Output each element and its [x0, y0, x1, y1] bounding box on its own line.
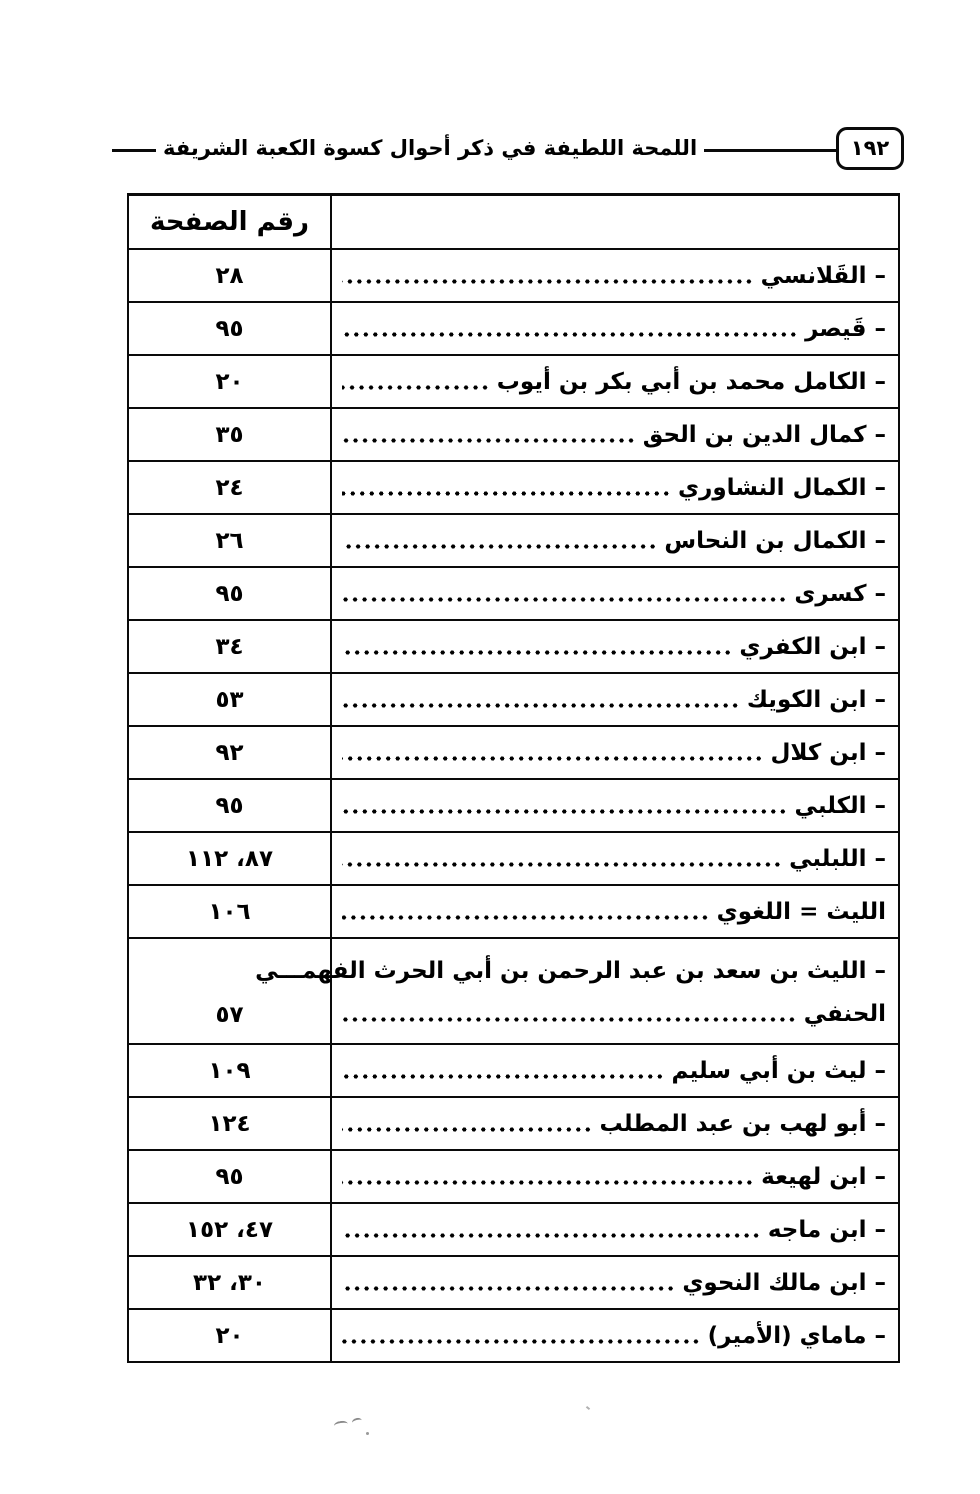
entry-cell: – ابن الكويك [332, 674, 898, 725]
page-number-badge: ١٩٢ [836, 127, 904, 170]
entry-name: – ابن مالك النحوي [682, 1270, 886, 1296]
entry-name: – اللبلبي [789, 846, 886, 872]
entry-name: – ابن لهيعة [761, 1164, 886, 1190]
index-row: ٩٢ – ابن كلال [129, 725, 898, 778]
dot-leader [342, 648, 732, 657]
entry-cell: – الكمال النشاوري [332, 462, 898, 513]
name-index-table: رقم الصفحة ٢٨ – القَلانسي ٩٥ – قَيصر ٢٠ … [127, 193, 900, 1363]
index-row: ٩٥ – قَيصر [129, 301, 898, 354]
scan-artifact [366, 1432, 369, 1435]
entry-name: – الكمال بن النحاس [664, 528, 886, 554]
dot-leader [342, 913, 710, 922]
entry-page-number: ٢٨ [129, 250, 332, 301]
entry-cell: – كسرى [332, 568, 898, 619]
entry-name: – ابن كلال [770, 740, 886, 766]
scan-artifact [334, 1420, 349, 1430]
entry-cell: – أبو لهب بن عبد المطلب [332, 1098, 898, 1149]
entry-page-number: ٣٠، ٣٢ [129, 1257, 332, 1308]
scanned-book-page: اللمحة اللطيفة في ذكر أحوال كسوة الكعبة … [0, 0, 980, 1494]
dot-leader [342, 595, 787, 604]
dot-leader [342, 860, 782, 869]
entry-page-number: ٩٥ [129, 780, 332, 831]
entry-cell: – الكلبي [332, 780, 898, 831]
entry-cell: – الكامل محمد بن أبي بكر بن أيوب [332, 356, 898, 407]
page-number-column-header: رقم الصفحة [129, 196, 332, 248]
entry-page-number: ٣٥ [129, 409, 332, 460]
dot-leader [342, 1231, 761, 1240]
entry-page-number: ٩٥ [129, 1151, 332, 1202]
entry-name: الليث = اللغوي [717, 899, 886, 925]
index-row: ٣٠، ٣٢ – ابن مالك النحوي [129, 1255, 898, 1308]
entry-page-number: ٩٥ [129, 303, 332, 354]
dot-leader [342, 277, 754, 286]
book-title: اللمحة اللطيفة في ذكر أحوال كسوة الكعبة … [156, 136, 704, 160]
dot-leader [342, 807, 788, 816]
dot-leader [342, 1015, 797, 1024]
entry-cell: – ابن لهيعة [332, 1151, 898, 1202]
entry-cell: – الكمال بن النحاس [332, 515, 898, 566]
index-row: ٥٣ – ابن الكويك [129, 672, 898, 725]
index-row: ٩٥ – ابن لهيعة [129, 1149, 898, 1202]
entry-name: – الكمال النشاوري [678, 475, 886, 501]
index-row: ٩٥ – كسرى [129, 566, 898, 619]
entry-name: – الكلبي [795, 793, 886, 819]
entry-page-number: ٥٧ [129, 939, 332, 1043]
index-row: ٣٥ – كمال الدين بن الحق [129, 407, 898, 460]
index-row: ٢٠ – ماماي (الأمير) [129, 1308, 898, 1361]
entry-page-number: ١٠٦ [129, 886, 332, 937]
entry-name: – أبو لهب بن عبد المطلب [600, 1111, 886, 1137]
entry-name: – الكامل محمد بن أبي بكر بن أيوب [497, 369, 886, 395]
entry-cell: – القَلانسي [332, 250, 898, 301]
dot-leader [342, 1072, 665, 1081]
entry-cell: الليث = اللغوي [332, 886, 898, 937]
header-rule [704, 149, 836, 152]
dot-leader [342, 330, 798, 339]
entry-name: – ليث بن أبي سليم [672, 1058, 886, 1084]
index-row: ٤٧، ١٥٢ – ابن ماجه [129, 1202, 898, 1255]
scan-artifact [351, 1417, 362, 1426]
entry-page-number: ٤٧، ١٥٢ [129, 1204, 332, 1255]
entry-name: – ابن الكويك [747, 687, 886, 713]
entry-column-header [332, 196, 898, 248]
entry-page-number: ٨٧، ١١٢ [129, 833, 332, 884]
dot-leader [342, 1178, 754, 1187]
entry-page-number: ٩٢ [129, 727, 332, 778]
entry-name: – ابن الكفري [739, 634, 886, 660]
entry-name: – كمال الدين بن الحق [643, 422, 886, 448]
page-header: اللمحة اللطيفة في ذكر أحوال كسوة الكعبة … [112, 124, 904, 172]
index-row: ١٠٩ – ليث بن أبي سليم [129, 1043, 898, 1096]
index-row-two-line: ٥٧ – الليث بن سعد بن عبد الرحمن بن أبي ا… [129, 937, 898, 1043]
index-row: ١٢٤ – أبو لهب بن عبد المطلب [129, 1096, 898, 1149]
table-header-row: رقم الصفحة [129, 196, 898, 248]
entry-cell: – كمال الدين بن الحق [332, 409, 898, 460]
scan-artifact [586, 1406, 590, 1410]
entry-page-number: ٢٠ [129, 1310, 332, 1361]
dot-leader [342, 542, 657, 551]
entry-page-number: ٢٤ [129, 462, 332, 513]
entry-cell: – ابن كلال [332, 727, 898, 778]
entry-name-line1: – الليث بن سعد بن عبد الرحمن بن أبي الحر… [340, 958, 886, 984]
header-rule-left [112, 149, 156, 152]
entry-page-number: ٩٥ [129, 568, 332, 619]
entry-page-number: ١٢٤ [129, 1098, 332, 1149]
entry-name: – قَيصر [805, 316, 886, 342]
entry-page-number: ٥٣ [129, 674, 332, 725]
entry-name: – ماماي (الأمير) [708, 1323, 886, 1349]
entry-cell: – قَيصر [332, 303, 898, 354]
dot-leader [342, 383, 490, 392]
dot-leader [342, 701, 740, 710]
index-row: ١٠٦ الليث = اللغوي [129, 884, 898, 937]
index-row: ٢٤ – الكمال النشاوري [129, 460, 898, 513]
entry-name-line2: الحنفي [804, 1001, 886, 1027]
entry-cell: – اللبلبي [332, 833, 898, 884]
dot-leader [342, 1284, 675, 1293]
index-row: ٣٤ – ابن الكفري [129, 619, 898, 672]
entry-cell: – ليث بن أبي سليم [332, 1045, 898, 1096]
entry-cell: – ابن الكفري [332, 621, 898, 672]
entry-name: – كسرى [794, 581, 886, 607]
dot-leader [342, 1337, 701, 1346]
index-row: ٩٥ – الكلبي [129, 778, 898, 831]
index-row: ٢٨ – القَلانسي [129, 248, 898, 301]
entry-cell: – الليث بن سعد بن عبد الرحمن بن أبي الحر… [332, 939, 898, 1043]
index-row: ٢٦ – الكمال بن النحاس [129, 513, 898, 566]
dot-leader [342, 1125, 593, 1134]
dot-leader [342, 436, 636, 445]
entry-cell: – ابن مالك النحوي [332, 1257, 898, 1308]
entry-page-number: ١٠٩ [129, 1045, 332, 1096]
entry-cell: – ابن ماجه [332, 1204, 898, 1255]
index-row: ٨٧، ١١٢ – اللبلبي [129, 831, 898, 884]
entry-cell: – ماماي (الأمير) [332, 1310, 898, 1361]
entry-page-number: ٢٦ [129, 515, 332, 566]
dot-leader [342, 489, 671, 498]
entry-name: – ابن ماجه [768, 1217, 886, 1243]
entry-page-number: ٣٤ [129, 621, 332, 672]
index-row: ٢٠ – الكامل محمد بن أبي بكر بن أيوب [129, 354, 898, 407]
entry-name: – القَلانسي [761, 263, 886, 289]
entry-page-number: ٢٠ [129, 356, 332, 407]
dot-leader [342, 754, 763, 763]
